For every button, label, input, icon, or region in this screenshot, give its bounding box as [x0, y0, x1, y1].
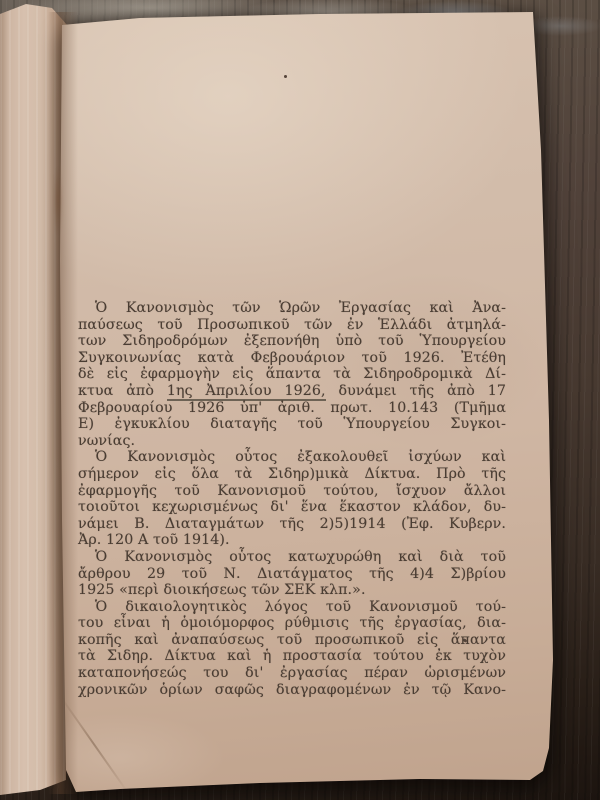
text-line: ἄρθρου 29 τοῦ Ν. Διατάγματος τῆς 4)4 Σ)β… — [78, 566, 506, 583]
text-line: σήμερον εἰς ὅλα τὰ Σιδηρ)μικὰ Δίκτυα. Πρ… — [78, 466, 506, 483]
text-line: τοιοῦτοι κεχωρισμένως δι' ἕνα ἕκαστον κλ… — [78, 499, 506, 516]
text-line: 1925 «περὶ διοικήσεως τῶν ΣΕΚ κλπ.». — [78, 582, 506, 599]
gutter-stain — [52, 155, 64, 247]
book-page: Ὁ Κανονισμὸς τῶν Ὡρῶν Ἐργασίας καὶ Ἀνα- … — [0, 0, 600, 800]
text-line: τὰ Σιδηρ. Δίκτυα καὶ ἡ προστασία τούτου … — [78, 648, 506, 665]
photo-scene: Ὁ Κανονισμὸς τῶν Ὡρῶν Ἐργασίας καὶ Ἀνα- … — [0, 0, 600, 800]
text-line: κτυα ἀπὸ 1ης Ἀπριλίου 1926, δυνάμει τῆς … — [78, 383, 506, 400]
text-line: κοπῆς καὶ ἀναπαύσεως τοῦ προσωπικοῦ εἰς … — [78, 632, 506, 649]
text-line: Ἀρ. 120 Α τοῦ 1914). — [78, 532, 506, 549]
text-segment: κτυα ἀπὸ — [78, 383, 167, 399]
handwritten-underline: 1ης Ἀπριλίου 1926, — [167, 383, 326, 401]
text-segment: δυνάμει τῆς ἀπὸ 17 — [326, 383, 506, 399]
text-line: καταπονήσεώς του δι' ἐργασίας πέραν ὡρισ… — [78, 665, 506, 682]
book-page-wrapper: Ὁ Κανονισμὸς τῶν Ὡρῶν Ἐργασίας καὶ Ἀνα- … — [0, 0, 600, 800]
text-line: των Σιδηροδρόμων ἐξεπονήθη ὑπὸ τοῦ Ὑπουρ… — [78, 333, 506, 350]
page-crease — [58, 694, 128, 793]
text-line: νωνίας. — [78, 433, 506, 450]
text-line: Συγκοινωνίας κατὰ Φεβρουάριον τοῦ 1926. … — [78, 350, 506, 367]
text-line: δὲ εἰς ἐφαρμογὴν εἰς ἅπαντα τὰ Σιδηροδρο… — [78, 366, 506, 383]
text-line: Ὁ Κανονισμὸς οὗτος ἐξακολουθεῖ ἰσχύων κα… — [78, 449, 506, 466]
text-line: Ε) ἐγκυκλίου διαταγῆς τοῦ Ὑπουργείου Συγ… — [78, 416, 506, 433]
text-line: ἐφαρμογῆς τοῦ Κανονισμοῦ τούτου, ἴσχυον … — [78, 483, 506, 500]
text-line: χρονικῶν ὁρίων σαφῶς διαγραφομένων ἐν τῷ… — [78, 682, 506, 699]
text-line: Ὁ Κανονισμὸς οὗτος κατωχυρώθη καὶ διὰ το… — [78, 549, 506, 566]
text-line: Ὁ Κανονισμὸς τῶν Ὡρῶν Ἐργασίας καὶ Ἀνα- — [78, 300, 506, 317]
text-line: Ὁ δικαιολογητικὸς λόγος τοῦ Κανονισμοῦ τ… — [78, 599, 506, 616]
text-line: του εἶναι ἡ ὁμοιόμορφος ρύθμισις τῆς ἐργ… — [78, 615, 506, 632]
text-line: Φεβρουαρίου 1926 ὑπ' ἀριθ. πρωτ. 10.143 … — [78, 400, 506, 417]
page-text-block: Ὁ Κανονισμὸς τῶν Ὡρῶν Ἐργασίας καὶ Ἀνα- … — [78, 300, 506, 698]
text-line: παύσεως τοῦ Προσωπικοῦ τῶν ἐν Ἑλλάδι ἀτμ… — [78, 317, 506, 334]
ink-speck — [284, 75, 287, 78]
text-line: νάμει Β. Διαταγμάτων τῆς 2)5)1914 (Ἐφ. Κ… — [78, 516, 506, 533]
